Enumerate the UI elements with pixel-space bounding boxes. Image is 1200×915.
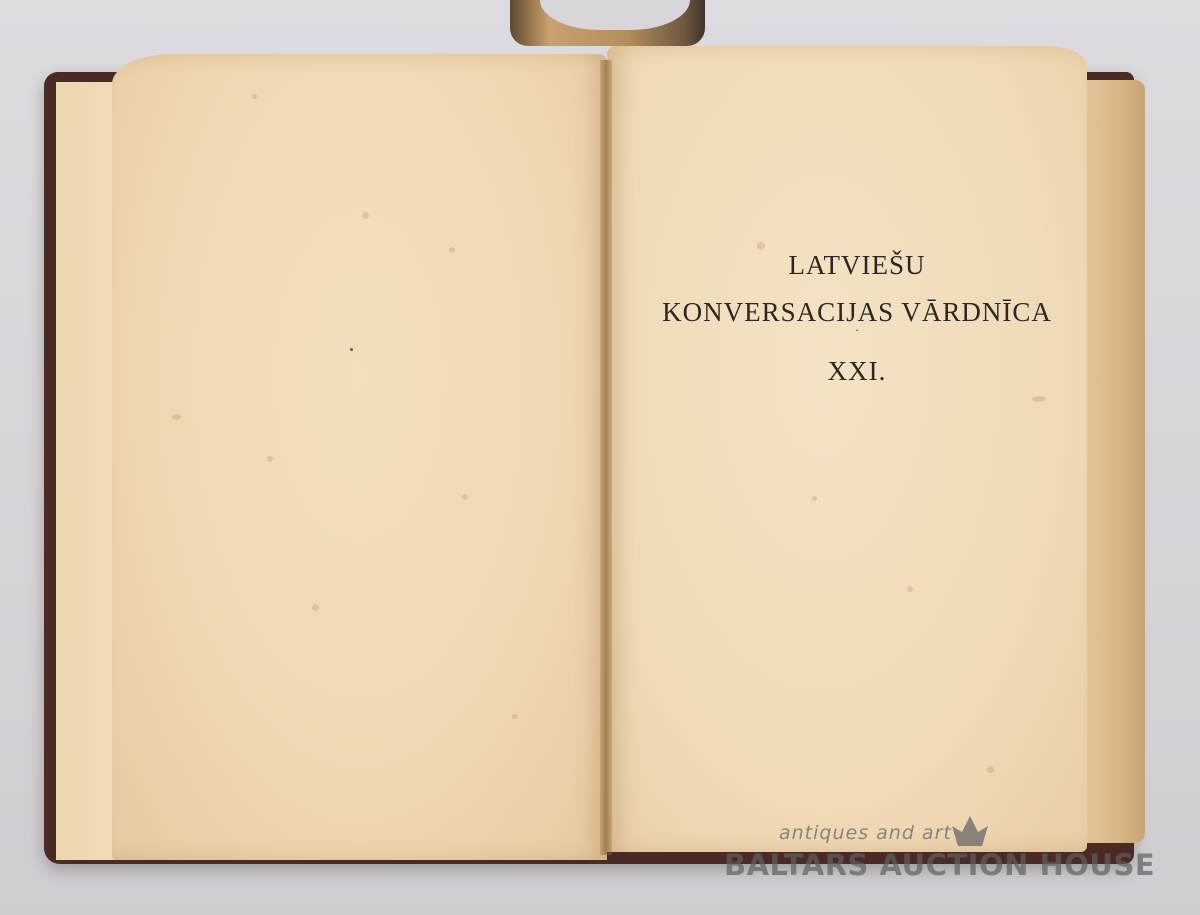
left-page xyxy=(112,54,607,860)
crown-icon xyxy=(952,816,988,846)
watermark: antiques and art BALTARS AUCTION HOUSE xyxy=(724,812,1124,892)
title-page-text: LATVIEŠU KONVERSACIJAS VĀRDNĪCA · XXI. xyxy=(607,250,1107,387)
book-gutter xyxy=(600,60,612,855)
watermark-name: BALTARS AUCTION HOUSE xyxy=(724,848,1155,882)
volume-number: XXI. xyxy=(607,356,1107,387)
title-line-1: LATVIEŠU xyxy=(607,250,1107,281)
watermark-tagline: antiques and art xyxy=(779,822,952,844)
right-page xyxy=(607,46,1087,852)
